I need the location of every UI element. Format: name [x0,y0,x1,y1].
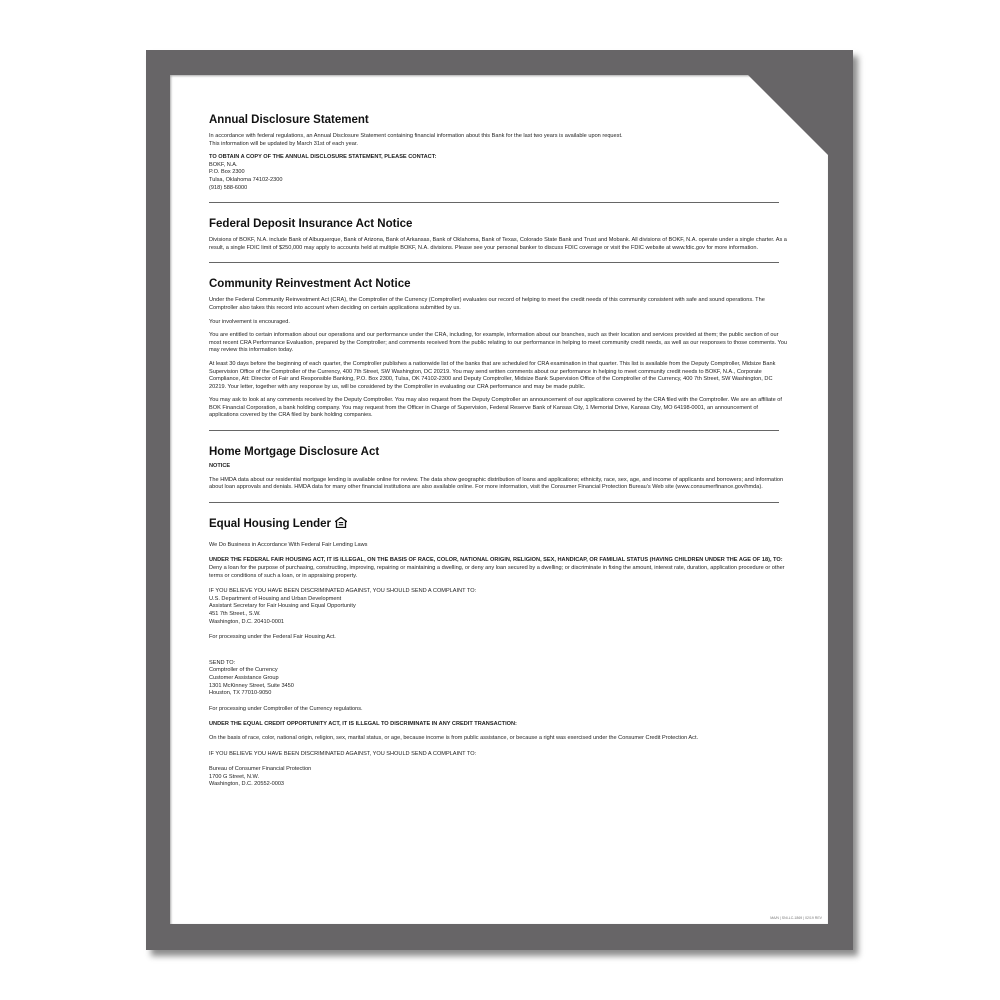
equal-housing-icon [335,517,347,532]
contact-heading: TO OBTAIN A COPY OF THE ANNUAL DISCLOSUR… [209,154,789,162]
hmda-section: Home Mortgage Disclosure Act NOTICE The … [209,445,789,492]
equal-housing-section: Equal Housing Lender We Do Business in A… [209,517,789,789]
paragraph: This information will be updated by Marc… [209,141,789,149]
address-line: Assistant Secretary for Fair Housing and… [209,603,789,611]
section-title-text: Equal Housing Lender [209,518,331,530]
address-line: 1700 G Street, N.W. [209,774,789,782]
address-line: Bureau of Consumer Financial Protection [209,766,789,774]
paragraph: On the basis of race, color, national or… [209,735,789,743]
paragraph: In accordance with federal regulations, … [209,133,789,141]
paragraph: Divisions of BOKF, N.A. include Bank of … [209,237,789,252]
paragraph: UNDER THE FEDERAL FAIR HOUSING ACT, IT I… [209,557,789,580]
annual-disclosure-section: Annual Disclosure Statement In accordanc… [209,113,789,192]
form-code: MA/N | SNI-LC-1869 | 02/19 REV [770,916,822,920]
notice-label: NOTICE [209,463,789,471]
section-title: Home Mortgage Disclosure Act [209,445,789,459]
paragraph: Your involvement is encouraged. [209,319,789,327]
address-line: Comptroller of the Currency [209,667,789,675]
section-title: Equal Housing Lender [209,517,789,532]
paragraph: For processing under Comptroller of the … [209,706,789,714]
address-line: P.O. Box 2300 [209,169,789,177]
address-line: 1301 McKinney Street, Suite 3450 [209,683,789,691]
address-line: Tulsa, Oklahoma 74102-2300 [209,177,789,185]
fha-text: Deny a loan for the purpose of purchasin… [209,565,785,579]
notice-content: Annual Disclosure Statement In accordanc… [209,113,789,789]
section-title: Federal Deposit Insurance Act Notice [209,217,789,231]
notice-sheet: Annual Disclosure Statement In accordanc… [170,75,828,924]
complaint-heading: IF YOU BELIEVE YOU HAVE BEEN DISCRIMINAT… [209,751,789,759]
address-line: 451 7th Street., S.W. [209,611,789,619]
address-line: Customer Assistance Group [209,675,789,683]
fdic-section: Federal Deposit Insurance Act Notice Div… [209,217,789,252]
paragraph: We Do Business in Accordance With Federa… [209,542,789,550]
send-to-label: SEND TO: [209,660,789,668]
section-title: Annual Disclosure Statement [209,113,789,127]
paragraph: The HMDA data about our residential mort… [209,477,789,492]
address-line: BOKF, N.A. [209,162,789,170]
address-line: Houston, TX 77010-9050 [209,690,789,698]
paragraph: At least 30 days before the beginning of… [209,361,789,391]
address-line: U.S. Department of Housing and Urban Dev… [209,596,789,604]
paragraph: For processing under the Federal Fair Ho… [209,634,789,642]
section-title: Community Reinvestment Act Notice [209,277,789,291]
address-line: Washington, D.C. 20410-0001 [209,619,789,627]
paragraph: You may ask to look at any comments rece… [209,397,789,420]
paragraph: You are entitled to certain information … [209,332,789,355]
address-line: Washington, D.C. 20552-0003 [209,781,789,789]
fha-heading: UNDER THE FEDERAL FAIR HOUSING ACT, IT I… [209,557,783,563]
ecoa-heading: UNDER THE EQUAL CREDIT OPPORTUNITY ACT, … [209,721,789,729]
complaint-heading: IF YOU BELIEVE YOU HAVE BEEN DISCRIMINAT… [209,588,789,596]
paragraph: Under the Federal Community Reinvestment… [209,297,789,312]
cra-section: Community Reinvestment Act Notice Under … [209,277,789,420]
phone-number: (918) 588-6000 [209,185,789,193]
